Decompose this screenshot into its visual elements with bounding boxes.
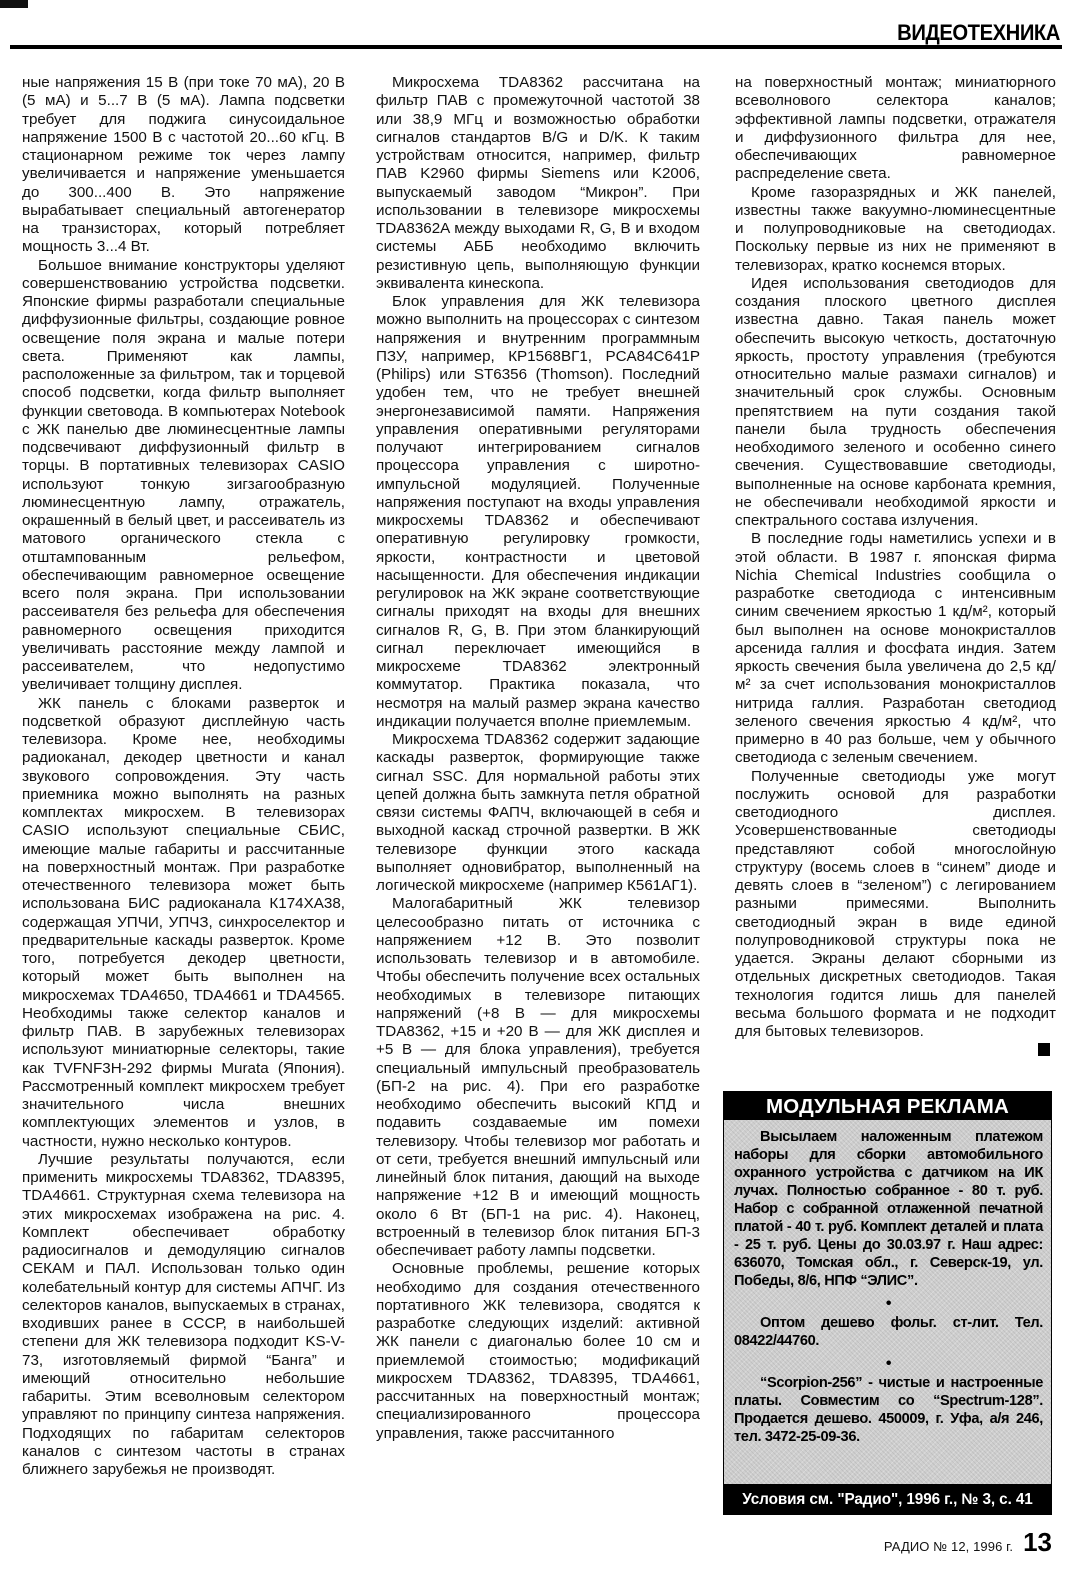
article-column-2: Микросхема TDA8362 рассчитана на фильтр … [376,74,700,1443]
corner-registration-mark [0,0,28,8]
page-footer: РАДИО № 12, 1996 г. 13 [884,1527,1052,1558]
section-title: ВИДЕОТЕХНИКА [897,20,1060,46]
paragraph: Основные проблемы, решение которых необх… [376,1260,700,1443]
bullet-separator-icon: • [734,1294,1043,1314]
issue-label: РАДИО № 12, 1996 г. [884,1539,1013,1554]
modular-ads-box: МОДУЛЬНАЯ РЕКЛАМА Высылаем наложенным пл… [723,1091,1052,1515]
page-number: 13 [1023,1527,1052,1558]
paragraph: на поверхностный монтаж; миниатюрного вс… [735,74,1056,184]
header-rule [10,45,1062,49]
ad-box-title: МОДУЛЬНАЯ РЕКЛАМА [724,1092,1051,1120]
paragraph: Блок управления для ЖК телевизора можно … [376,293,700,731]
ad-item: Оптом дешево фольг. ст-лит. Тел. 08422/4… [734,1314,1043,1350]
paragraph: ные напряжения 15 В (при токе 70 мА), 20… [22,74,345,257]
ad-item: “Scorpion-256” - чистые и настроенные пл… [734,1374,1043,1446]
end-of-article-square-icon [1038,1043,1050,1056]
paragraph: ЖК панель с блоками разверток и подсветк… [22,695,345,1151]
paragraph: В последние годы наметились успехи и в э… [735,530,1056,767]
ad-box-footer: Условия см. "Радио", 1996 г., № 3, с. 41 [724,1484,1051,1514]
bullet-separator-icon: • [734,1354,1043,1374]
paragraph: Микросхема TDA8362 содержит задающие кас… [376,731,700,895]
paragraph: Кроме газоразрядных и ЖК панелей, извест… [735,184,1056,275]
paragraph: Идея использования светодиодов для созда… [735,275,1056,531]
ad-box-body: Высылаем наложенным платежом наборы для … [724,1120,1051,1446]
paragraph: Большое внимание конструкторы уделяют со… [22,257,345,695]
paragraph: Лучшие результаты получаются, если приме… [22,1151,345,1480]
paragraph: Микросхема TDA8362 рассчитана на фильтр … [376,74,700,293]
article-column-3: на поверхностный монтаж; миниатюрного вс… [735,74,1056,1056]
article-column-1: ные напряжения 15 В (при токе 70 мА), 20… [22,74,345,1479]
paragraph: Малогабаритный ЖК телевизор целесообразн… [376,895,700,1260]
ad-item: Высылаем наложенным платежом наборы для … [734,1128,1043,1290]
paragraph: Полученные светодиоды уже могут послужит… [735,768,1056,1042]
